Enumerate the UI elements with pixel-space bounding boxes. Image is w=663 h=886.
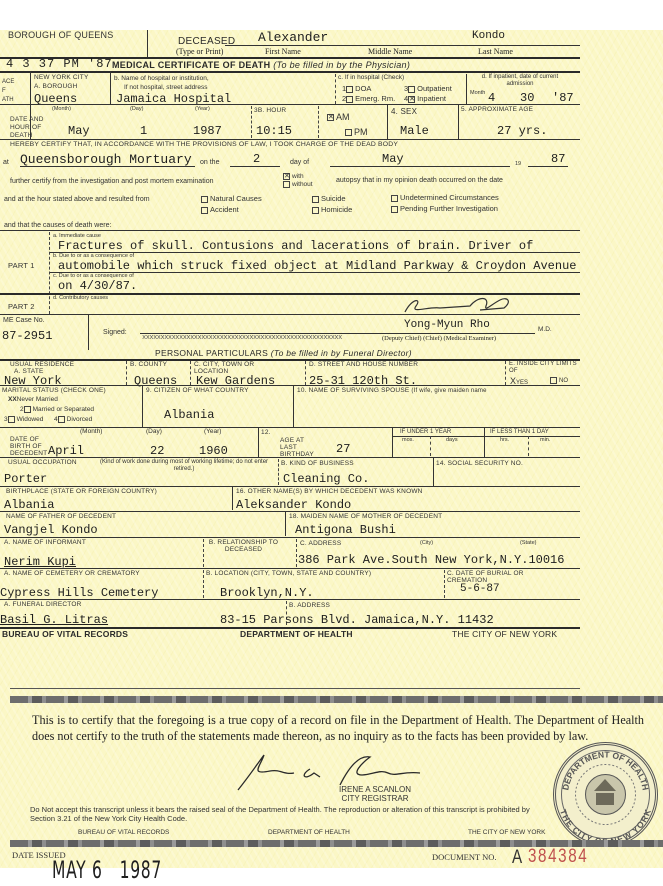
year-label: (Year)	[195, 106, 210, 112]
divider	[0, 486, 580, 487]
other-names-value: Aleksander Kondo	[236, 498, 351, 512]
spouse-note: (If wife, give maiden name	[411, 388, 486, 394]
location-value: Brooklyn,N.Y.	[220, 586, 314, 600]
am-checkbox[interactable]: ✕AM	[327, 112, 350, 122]
custody-day: 2	[253, 152, 260, 166]
causes-text: and that the causes of death were:	[4, 222, 111, 229]
mother-value: Antigona Bushi	[295, 523, 396, 537]
first-name-value: Alexander	[258, 30, 328, 45]
checkbox-icon	[345, 129, 352, 136]
nyc-label: NEW YORK CITY	[34, 74, 89, 81]
age-at-birthday-label: AGE AT LAST BIRTHDAY	[280, 437, 310, 458]
divider	[88, 314, 89, 350]
admission-month: 4	[488, 91, 495, 105]
admission-month-label: Month	[470, 90, 485, 96]
divider	[285, 511, 286, 536]
doa-label: DOA	[355, 84, 371, 93]
medical-header-note: (To be filled in by the Physician)	[273, 60, 410, 70]
divider	[0, 457, 580, 458]
relationship-label: b. RELATIONSHIP TO DECEASED	[206, 539, 281, 553]
occupation-label: USUAL OCCUPATION	[8, 459, 77, 466]
divider	[0, 359, 580, 361]
outpatient-checkbox[interactable]: 3Outpatient	[404, 84, 452, 93]
age-at-birthday: 27	[336, 442, 350, 456]
address-city-label: (City)	[420, 540, 433, 546]
cemetery-value: Cypress Hills Cemetery	[0, 586, 158, 600]
cert-footer-department: DEPARTMENT OF HEALTH	[268, 829, 350, 836]
dob-day: 22	[150, 444, 164, 458]
divider	[0, 385, 580, 386]
divider	[251, 106, 252, 138]
checkbox-icon	[201, 207, 208, 214]
burial-date: 5-6-87	[460, 583, 500, 595]
checkbox-icon	[283, 181, 290, 188]
without-label: without	[292, 181, 313, 188]
cert-footer-city: THE CITY OF NEW YORK	[468, 829, 545, 836]
ssn-label: 14. SOCIAL SECURITY NO.	[436, 460, 523, 467]
signed-label: Signed:	[103, 329, 127, 336]
part1-label: PART 1	[8, 261, 35, 270]
county-label: b. COUNTY	[130, 361, 167, 368]
dob-month-label: (Month)	[80, 428, 102, 435]
divider	[296, 539, 297, 567]
natural-causes-label: Natural Causes	[210, 194, 262, 203]
director-address-label: b. ADDRESS	[289, 602, 330, 609]
checkbox-icon	[8, 416, 15, 423]
director-value: Basil G. Litras	[0, 613, 108, 627]
age-num-label: 12.	[261, 429, 271, 436]
divider	[147, 30, 148, 57]
business-value: Cleaning Co.	[283, 472, 369, 486]
divider	[505, 361, 506, 385]
certification-text: This is to certify that the foregoing is…	[32, 713, 644, 744]
custody-year: 87	[551, 152, 565, 166]
divider	[387, 104, 388, 139]
days-label: days	[446, 437, 458, 443]
hour-text: and at the hour stated above and resulte…	[4, 196, 150, 203]
emerg-label: Emerg. Rm.	[355, 94, 395, 103]
dob-year: 1960	[199, 444, 228, 458]
divorced-label: Divorced	[67, 416, 93, 423]
case-number: 87-2951	[2, 329, 52, 343]
never-married-option[interactable]: XXNever Married	[8, 396, 58, 403]
divider	[49, 232, 50, 314]
dob-month: April	[48, 444, 84, 458]
pending-label: Pending Further Investigation	[400, 204, 498, 213]
death-day: 1	[140, 124, 147, 138]
divider	[232, 486, 233, 510]
business-label: b. KIND OF BUSINESS	[281, 460, 354, 467]
suicide-checkbox[interactable]: Suicide	[312, 194, 346, 203]
outpatient-label: Outpatient	[417, 84, 452, 93]
checkbox-icon	[58, 416, 65, 423]
nineteen-label: 19	[515, 161, 521, 167]
autopsy-text: autopsy that in my opinion death occurre…	[336, 177, 503, 184]
inside-city-label: e. INSIDE CITY LIMITS OF	[509, 361, 579, 375]
doa-checkbox[interactable]: 1DOA	[342, 84, 371, 93]
admission-day: 30	[520, 91, 534, 105]
hrs-label: hrs.	[500, 437, 509, 443]
personal-header-note: (To be filled in by Funeral Director)	[271, 348, 412, 358]
death-hour: 10:15	[256, 124, 292, 138]
inpatient-label: Inpatient	[417, 94, 446, 103]
cemetery-label: a. NAME OF CEMETERY OR CREMATORY	[4, 570, 140, 577]
married-option[interactable]: 2Married or Separated	[20, 406, 94, 413]
date-issued-value: MAY 6 1987	[52, 856, 162, 884]
checkbox-icon	[346, 86, 353, 93]
name-underline	[225, 45, 580, 46]
citizen-label: 9. CITIZEN OF WHAT COUNTRY	[146, 387, 249, 394]
at-label: at	[3, 159, 9, 166]
checkbox-icon	[24, 406, 31, 413]
borough-header: BOROUGH OF QUEENS	[8, 30, 113, 40]
custody-month: May	[382, 152, 404, 166]
middle-name-label: Middle Name	[368, 47, 412, 56]
age-value: 27 yrs.	[497, 124, 547, 138]
with-label: with	[292, 173, 304, 180]
am-label: AM	[336, 112, 350, 122]
divider	[444, 570, 445, 598]
day-label: (Day)	[130, 106, 143, 112]
divider	[293, 385, 294, 427]
never-married-label: Never Married	[17, 396, 58, 403]
checkbox-icon	[312, 207, 319, 214]
last-name-value: Kondo	[472, 30, 505, 42]
death-month: May	[68, 124, 90, 138]
checkbox-icon	[201, 196, 208, 203]
spouse-label: 10. NAME OF SURVIVING SPOUSE (If wife, g…	[297, 387, 487, 394]
street-label: d. STREET AND HOUSE NUMBER	[309, 361, 418, 368]
divider	[0, 139, 580, 140]
divider	[142, 385, 143, 427]
mother-label: 18. MAIDEN NAME OF MOTHER OF DECEDENT	[289, 513, 442, 520]
checked-box-icon: ✕	[283, 173, 290, 180]
checked-box-icon: ✕	[327, 114, 334, 121]
occupation-note: (Kind of work done during most of workin…	[94, 459, 274, 473]
undetermined-label: Undetermined Circumstances	[400, 193, 499, 202]
divorced-option[interactable]: 4Divorced	[54, 416, 92, 423]
suicide-label: Suicide	[321, 194, 346, 203]
received-stamp: 4 3 37 PM '87	[6, 57, 113, 71]
without-checkbox[interactable]: without	[283, 181, 313, 188]
divider	[433, 457, 434, 486]
checkbox-icon	[312, 196, 319, 203]
sex-value: Male	[400, 124, 429, 138]
citizen-value: Albania	[164, 408, 214, 422]
footer-bureau: BUREAU OF VITAL RECORDS	[2, 629, 128, 639]
divider	[458, 104, 459, 139]
registrar-title: CITY REGISTRAR	[320, 794, 430, 803]
day-of-label: day of	[290, 159, 309, 166]
dob-day-label: (Day)	[146, 428, 162, 435]
deceased-sublabel: (Type or Print)	[176, 47, 223, 56]
informant-label: a. NAME OF INFORMANT	[4, 539, 86, 546]
divider	[392, 436, 580, 437]
md-label: M.D.	[538, 326, 552, 333]
death-year: 1987	[193, 124, 222, 138]
location-label: b. LOCATION (City, Town, State and Count…	[206, 570, 371, 577]
address-state-label: (State)	[520, 540, 537, 546]
cause-b-value: automobile which struck fixed object at …	[58, 259, 576, 273]
under-year-label: If UNDER 1 Year	[400, 429, 451, 435]
pending-checkbox[interactable]: Pending Further Investigation	[391, 204, 498, 213]
undetermined-checkbox[interactable]: Undetermined Circumstances	[391, 193, 499, 202]
underline	[528, 166, 568, 167]
cause-c-value: on 4/30/87.	[58, 279, 137, 293]
divider	[0, 230, 580, 231]
divider	[126, 361, 127, 385]
inside-city-no[interactable]: NO	[550, 377, 568, 384]
no-label: NO	[559, 378, 568, 384]
address-label: c. ADDRESS	[300, 540, 341, 547]
director-address: 83-15 Parsons Blvd. Jamaica,N.Y. 11432	[220, 613, 494, 627]
hour-label: 3b. HOUR	[254, 107, 286, 114]
occupation-value: Porter	[4, 472, 47, 486]
on-the-label: on the	[200, 159, 219, 166]
hospital-label-2: If not hospital, street address	[124, 84, 207, 91]
personal-header-title: PERSONAL PARTICULARS	[155, 348, 268, 358]
other-names-label: 16. OTHER NAME(S) BY WHICH DECEDENT WAS …	[236, 488, 423, 495]
struck-title-text: xxxxxxxxxxxxxxxxxxxxxxxxxxxxxxxxxxxxxxxx…	[142, 334, 342, 342]
emerg-checkbox[interactable]: 2Emerg. Rm.	[342, 94, 395, 103]
divider	[318, 106, 319, 138]
age-label: 5. APPROXIMATE AGE	[461, 106, 533, 113]
cause-a-value: Fractures of skull. Contusions and lacer…	[58, 239, 533, 253]
registrar-name: IRENE A SCANLON	[320, 785, 430, 794]
case-label: ME Case No.	[3, 317, 45, 324]
married-label: Married or Separated	[33, 406, 94, 413]
divider	[484, 427, 485, 457]
divider	[278, 459, 279, 485]
min-label: min.	[540, 437, 550, 443]
document-number: 384384	[528, 846, 588, 868]
cert-footer-bureau: BUREAU OF VITAL RECORDS	[78, 829, 169, 836]
homicide-label: Homicide	[321, 205, 352, 214]
widowed-label: Widowed	[17, 416, 44, 423]
cause-d-label: d. Contributory causes	[53, 295, 108, 301]
divider	[203, 570, 204, 598]
divider	[335, 74, 336, 104]
signer-name: Yong-Myun Rho	[404, 319, 490, 331]
checked-box-icon: ✕	[408, 96, 415, 103]
divider	[0, 599, 580, 600]
checkbox-icon	[391, 195, 398, 202]
mos-label: mos.	[402, 437, 414, 443]
document-no-label: DOCUMENT NO.	[432, 852, 497, 862]
marital-label: MARITAL STATUS (Check One)	[2, 387, 106, 394]
divider	[0, 568, 580, 569]
divider	[305, 361, 306, 385]
divider	[258, 427, 259, 457]
underline	[330, 166, 510, 167]
director-label: a. FUNERAL DIRECTOR	[4, 601, 81, 608]
city-label: c. CITY, TOWN OR LOCATION	[194, 361, 274, 375]
divider	[466, 74, 467, 104]
accident-label: Accident	[210, 205, 239, 214]
dob-label: DATE OF BIRTH OF DECEDENT	[10, 436, 50, 457]
residence-label: USUAL RESIDENCE	[10, 361, 74, 368]
underline	[20, 166, 195, 167]
personal-header: PERSONAL PARTICULARS (To be filled in by…	[155, 348, 412, 358]
divider	[0, 104, 580, 105]
medical-header: MEDICAL CERTIFICATE OF DEATH (To be fill…	[112, 60, 410, 70]
checkbox-icon	[346, 96, 353, 103]
informant-address: 386 Park Ave.South New York,N.Y.10016	[298, 553, 564, 567]
divider	[0, 537, 580, 538]
certify-text: HEREBY CERTIFY that, in accordance with …	[10, 141, 398, 148]
inpatient-checkbox[interactable]: 4✕Inpatient	[404, 94, 446, 103]
divider	[110, 71, 111, 104]
further-text: further certify from the investigation a…	[10, 178, 213, 185]
admission-label: d. If inpatient, date of current admissi…	[470, 74, 570, 88]
birthplace-value: Albania	[4, 498, 54, 512]
signer-title: (Deputy Chief) (Chief) (Medical Examiner…	[382, 335, 496, 342]
death-certificate: BOROUGH OF QUEENS DECEASED (Type or Prin…	[0, 30, 663, 868]
divider	[0, 71, 580, 73]
decorative-border-top	[10, 696, 663, 703]
hospital-label: b. Name of hospital or institution,	[114, 75, 209, 82]
spouse-label-text: 10. NAME OF SURVIVING SPOUSE	[297, 387, 409, 394]
father-label: NAME OF FATHER OF DECEDENT	[6, 513, 116, 520]
in-hospital-label: c. If in hospital (Check)	[338, 74, 404, 81]
place-label: ACEFATH	[2, 78, 14, 105]
medical-header-title: MEDICAL CERTIFICATE OF DEATH	[112, 60, 270, 70]
natural-causes-checkbox[interactable]: Natural Causes	[201, 194, 262, 203]
admission-year: '87	[552, 91, 574, 105]
accident-checkbox[interactable]: Accident	[201, 205, 239, 214]
divider	[190, 361, 191, 385]
first-name-label: First Name	[265, 47, 301, 56]
dob-year-label: (Year)	[204, 428, 221, 435]
pm-label: PM	[354, 127, 368, 137]
footer-department: DEPARTMENT OF HEALTH	[240, 629, 353, 639]
divider	[10, 688, 580, 689]
sex-label: 4. SEX	[391, 107, 417, 116]
divider	[430, 436, 431, 456]
part2-label: PART 2	[8, 302, 35, 311]
seal-emblem-icon: DEPARTMENT OF HEALTH THE CITY OF NEW YOR…	[556, 745, 655, 844]
last-name-label: Last Name	[478, 47, 513, 56]
registrar-block: IRENE A SCANLON CITY REGISTRAR	[320, 785, 430, 803]
custody-place: Queensborough Mortuary	[20, 152, 192, 167]
divider	[392, 427, 393, 457]
checkbox-icon	[408, 86, 415, 93]
with-checkbox[interactable]: ✕with	[283, 173, 304, 180]
under-day-label: If LESS than 1 Day	[490, 429, 549, 435]
pm-checkbox[interactable]: PM	[345, 127, 368, 137]
divider	[0, 314, 580, 315]
homicide-checkbox[interactable]: Homicide	[312, 205, 352, 214]
department-seal: DEPARTMENT OF HEALTH THE CITY OF NEW YOR…	[553, 742, 658, 847]
birthplace-label: BIRTHPLACE (State or Foreign Country)	[6, 488, 157, 495]
divider	[0, 511, 580, 512]
x-mark-icon: XX	[8, 396, 17, 403]
document-no-prefix: A	[512, 847, 522, 869]
borough-label: a. BOROUGH	[34, 83, 78, 90]
underline	[230, 166, 280, 167]
warning-text: Do Not accept this transcript unless it …	[30, 805, 550, 823]
date-hour-label: DATE AND HOUR OF DEATH	[10, 116, 60, 140]
father-value: Vangjel Kondo	[4, 523, 98, 537]
informant-value: Nerim Kupi	[4, 555, 76, 569]
month-label: (Month)	[52, 106, 71, 112]
divider	[528, 436, 529, 456]
widowed-option[interactable]: 3Widowed	[4, 416, 43, 423]
footer-city: THE CITY OF NEW YORK	[452, 629, 557, 639]
divider	[203, 539, 204, 567]
burial-label: c. DATE OF BURIAL OR CREMATION	[447, 570, 537, 584]
checkbox-icon	[550, 377, 557, 384]
checkbox-icon	[391, 206, 398, 213]
